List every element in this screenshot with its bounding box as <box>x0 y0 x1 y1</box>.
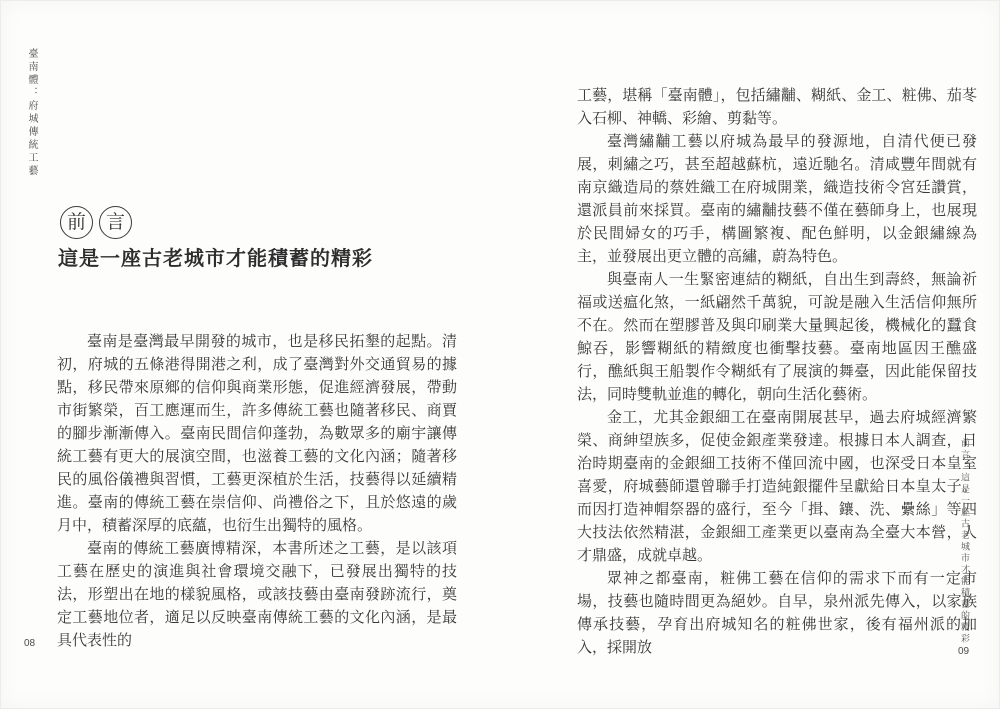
paragraph-right-5: 眾神之都臺南，粧佛工藝在信仰的需求下而有一定市場，技藝也隨時間更為絕妙。自早，泉… <box>577 568 977 660</box>
paragraph-right-3: 與臺南人一生緊密連結的糊紙，自出生到壽終，無論祈福或送瘟化煞，一紙翩然千萬貌，可… <box>577 269 977 407</box>
spine-title: 臺南體：府城傳統工藝 <box>24 48 39 268</box>
preface-label: 前 言 <box>60 206 132 239</box>
page-number-left: 08 <box>24 638 35 649</box>
paragraph-right-4: 金工，尤其金銀細工在臺南開展甚早，過去府城經濟繁榮、商紳望族多，促使金銀產業發達… <box>577 407 977 568</box>
page-right: 工藝，堪稱「臺南體」，包括繡黼、糊紙、金工、粧佛、茄苳入石柳、神轎、彩繪、剪黏等… <box>500 0 1000 709</box>
page-number-right: 09 <box>958 646 969 657</box>
left-body-text: 臺南是臺灣最早開發的城市，也是移民拓墾的起點。清初，府城的五條港得開港之利，成了… <box>57 331 457 653</box>
paragraph-left-1: 臺南是臺灣最早開發的城市，也是移民拓墾的起點。清初，府城的五條港得開港之利，成了… <box>57 331 457 538</box>
paragraph-right-1: 工藝，堪稱「臺南體」，包括繡黼、糊紙、金工、粧佛、茄苳入石柳、神轎、彩繪、剪黏等… <box>577 85 977 131</box>
paragraph-left-2: 臺南的傳統工藝廣博精深，本書所述之工藝，是以該項工藝在歷史的演進與社會環境交融下… <box>57 538 457 653</box>
running-caption: 前言：這是一座古老城市才能積蓄的精彩 <box>959 438 972 653</box>
circled-char-qian: 前 <box>60 206 93 239</box>
circled-char-yan: 言 <box>99 206 132 239</box>
paragraph-right-2: 臺灣繡黼工藝以府城為最早的發源地，自清代便已發展，刺繡之巧，甚至超越蘇杭，遠近馳… <box>577 131 977 269</box>
book-spread: 臺南體：府城傳統工藝 前 言 這是一座古老城市才能積蓄的精彩 臺南是臺灣最早開發… <box>0 0 1000 709</box>
preface-title: 這是一座古老城市才能積蓄的精彩 <box>58 242 373 271</box>
right-body-text: 工藝，堪稱「臺南體」，包括繡黼、糊紙、金工、粧佛、茄苳入石柳、神轎、彩繪、剪黏等… <box>577 85 977 660</box>
page-left: 臺南體：府城傳統工藝 前 言 這是一座古老城市才能積蓄的精彩 臺南是臺灣最早開發… <box>0 0 500 709</box>
